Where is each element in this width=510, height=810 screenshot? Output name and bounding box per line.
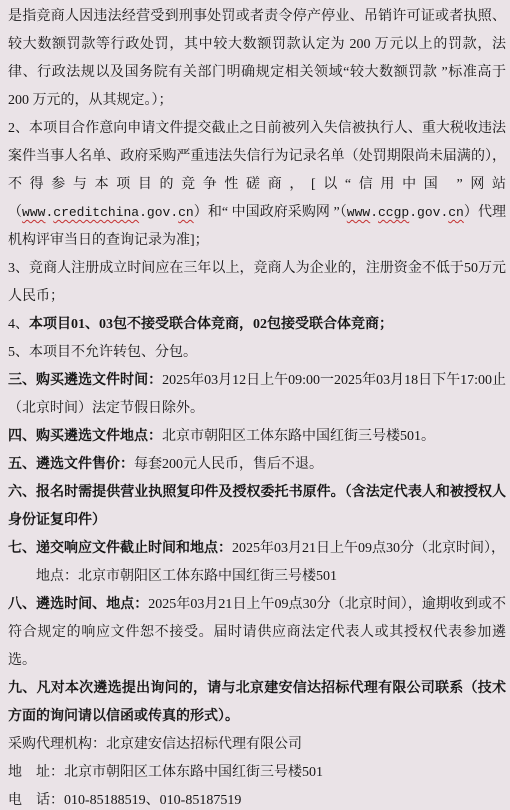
bold-text-segment: 本项目01、03包不接受联合体竞商，02包接受联合体竞商； — [29, 317, 393, 332]
bold-text-segment: 六、报名时需提供营业执照复印件及授权委托书原件。（含法定代表人和被授权人身份证复… — [8, 485, 506, 528]
para-section-7-location: 地点：北京市朝阳区工体东路中国红街三号楼501 — [8, 563, 506, 591]
document-page: 是指竞商人因违法经营受到刑事处罚或者责令停产停业、吊销许可证或者执照、较大数额罚… — [0, 0, 510, 810]
url-text: . — [139, 205, 147, 220]
bold-text-segment: 四、购买遴选文件地点： — [8, 429, 162, 444]
para-clause-5-no-subcontract: 5、本项目不允许转包、分包。 — [8, 339, 506, 367]
para-clause-4-consortium: 4、本项目01、03包不接受联合体竞商，02包接受联合体竞商； — [8, 311, 506, 339]
document-body: 是指竞商人因违法经营受到刑事处罚或者责令停产停业、吊销许可证或者执照、较大数额罚… — [8, 3, 506, 810]
url-text: gov — [147, 205, 170, 220]
text-segment: 地点：北京市朝阳区工体东路中国红街三号楼501 — [36, 569, 337, 584]
url-text: . — [370, 205, 378, 220]
misspelled-url-part: cn — [448, 205, 464, 220]
text-segment: 4、 — [8, 317, 29, 332]
url-text: . — [170, 205, 178, 220]
para-section-7-submission-deadline: 七、递交响应文件截止时间和地点：2025年03月21日上午09点30分（北京时间… — [8, 535, 506, 563]
misspelled-url-part: ccgp — [378, 205, 409, 220]
bold-text-segment: 五、遴选文件售价： — [8, 457, 134, 472]
para-section-9-inquiries: 九、凡对本次遴选提出询问的，请与北京建安信达招标代理有限公司联系（技术方面的询问… — [8, 675, 506, 731]
url-text: . — [409, 205, 417, 220]
text-segment: 5、本项目不允许转包、分包。 — [8, 345, 197, 360]
misspelled-url-part: creditchina — [53, 205, 139, 220]
para-section-6-registration-docs: 六、报名时需提供营业执照复印件及授权委托书原件。（含法定代表人和被授权人身份证复… — [8, 479, 506, 535]
para-clause-3-registration: 3、竞商人注册成立时间应在三年以上，竞商人为企业的，注册资金不低于50万元人民币… — [8, 255, 506, 311]
misspelled-url-part: www — [22, 205, 45, 220]
bold-text-segment: 三、购买遴选文件时间： — [8, 373, 162, 388]
text-segment: 是指竞商人因违法经营受到刑事处罚或者责令停产停业、吊销许可证或者执照、较大数额罚… — [8, 9, 510, 108]
bold-text-segment: 九、凡对本次遴选提出询问的，请与北京建安信达招标代理有限公司联系（技术方面的询问… — [8, 681, 506, 724]
text-segment: 2025年03月21日上午09点30分（北京时间）， — [232, 541, 505, 556]
para-agency-phone: 电 话：010-85188519、010-85187519 — [8, 787, 506, 810]
bold-text-segment: 七、递交响应文件截止时间和地点： — [8, 541, 232, 556]
para-section-8-selection-time: 八、遴选时间、地点：2025年03月21日上午09点30分（北京时间），逾期收到… — [8, 591, 506, 675]
url-text: gov — [417, 205, 440, 220]
para-section-5-doc-price: 五、遴选文件售价：每套200元人民币，售后不退。 — [8, 451, 506, 479]
text-segment: ）和“ 中国政府采购网 ”（ — [194, 205, 347, 220]
para-section-4-doc-purchase-place: 四、购买遴选文件地点：北京市朝阳区工体东路中国红街三号楼501。 — [8, 423, 506, 451]
text-segment: 电 话：010-85188519、010-85187519 — [8, 793, 241, 808]
misspelled-url-part: cn — [178, 205, 194, 220]
bold-text-segment: 八、遴选时间、地点： — [8, 597, 148, 612]
text-segment: 采购代理机构：北京建安信达招标代理有限公司 — [8, 737, 302, 752]
misspelled-url-part: www — [347, 205, 370, 220]
text-segment: 地 址：北京市朝阳区工体东路中国红街三号楼501 — [8, 765, 323, 780]
text-segment: 每套200元人民币，售后不退。 — [134, 457, 323, 472]
para-clause-2-credit-check: 2、本项目合作意向申请文件提交截止之日前被列入失信被执行人、重大税收违法案件当事… — [8, 115, 506, 255]
para-section-3-doc-purchase-time: 三、购买遴选文件时间：2025年03月12日上午09:00一2025年03月18… — [8, 367, 506, 423]
para-agency-name: 采购代理机构：北京建安信达招标代理有限公司 — [8, 731, 506, 759]
para-agency-address: 地 址：北京市朝阳区工体东路中国红街三号楼501 — [8, 759, 506, 787]
text-segment: 北京市朝阳区工体东路中国红街三号楼501。 — [162, 429, 435, 444]
text-segment: 3、竞商人注册成立时间应在三年以上，竞商人为企业的，注册资金不低于50万元人民币… — [8, 261, 506, 304]
para-penalty-definition-note: 是指竞商人因违法经营受到刑事处罚或者责令停产停业、吊销许可证或者执照、较大数额罚… — [8, 3, 506, 115]
